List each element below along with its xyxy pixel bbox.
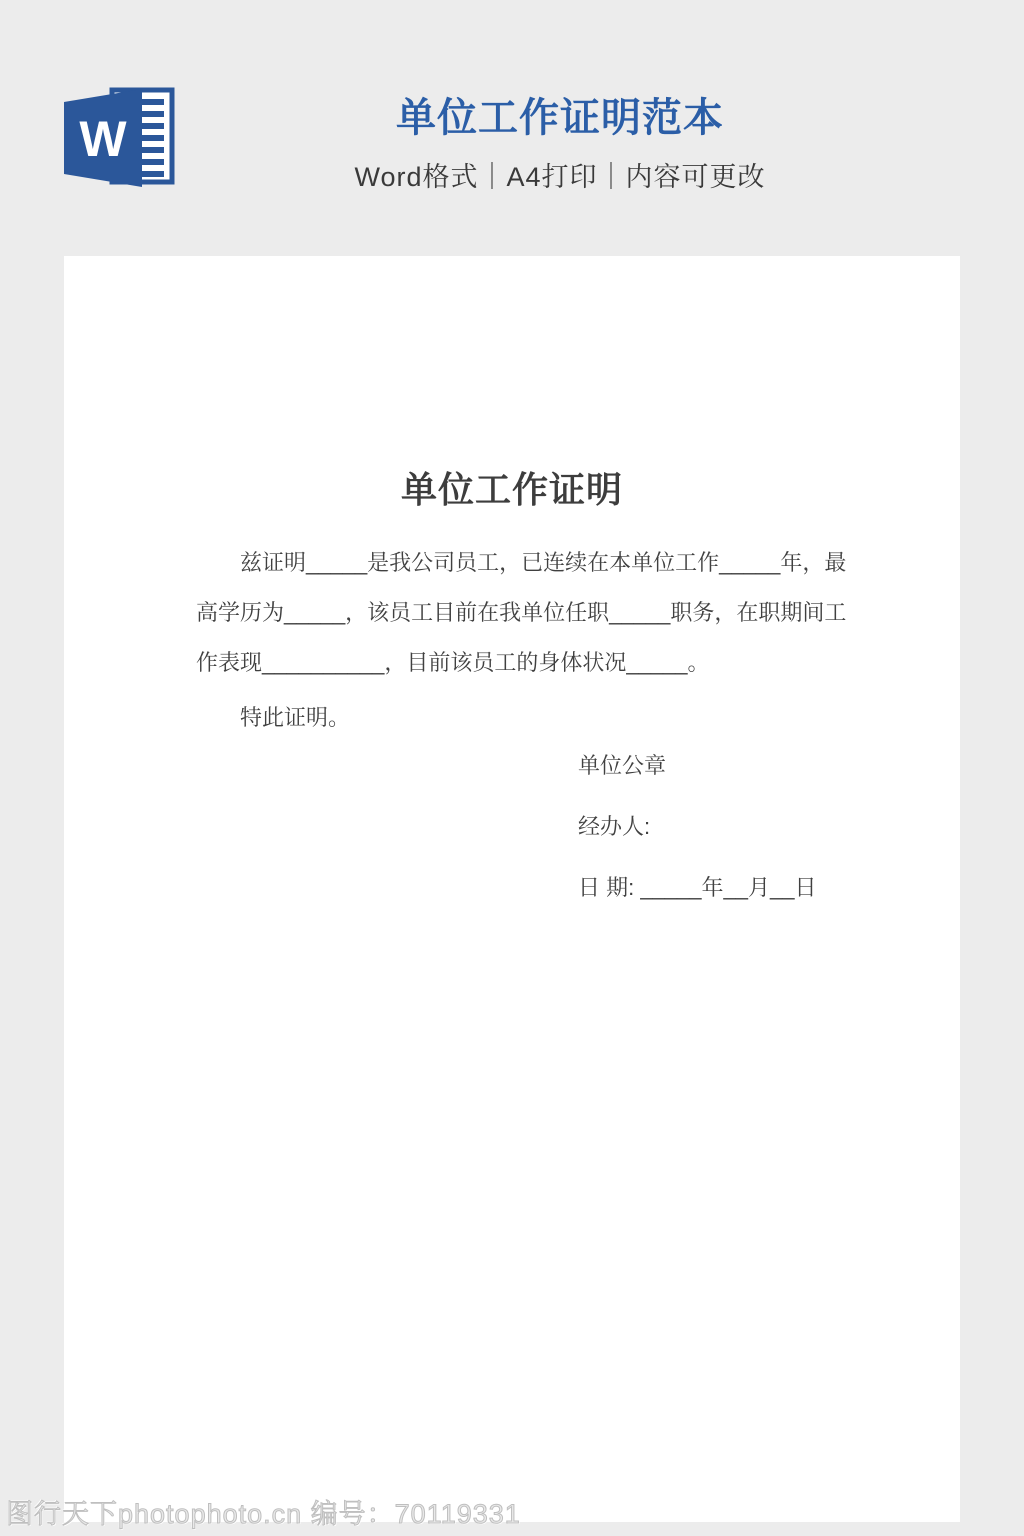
document-page: 单位工作证明 兹证明_____是我公司员工，已连续在本单位工作_____年，最 … — [64, 256, 960, 1522]
body-line: 高学历为_____，该员工目前在我单位任职_____职务，在职期间工 — [196, 588, 836, 638]
page-subtitle: Word格式｜A4打印｜内容可更改 — [96, 155, 1024, 194]
page-title: 单位工作证明范本 — [96, 94, 1024, 142]
signature-handler: 经办人: — [578, 813, 816, 841]
signature-block: 单位公章 经办人: 日 期: _____年__月__日 — [578, 752, 816, 935]
body-line: 兹证明_____是我公司员工，已连续在本单位工作_____年，最 — [196, 538, 836, 588]
watermark-text: 图行天下photophoto.cn 编号：70119331 — [6, 1492, 521, 1531]
document-body: 兹证明_____是我公司员工，已连续在本单位工作_____年，最 高学历为___… — [196, 538, 836, 688]
signature-seal: 单位公章 — [578, 752, 816, 780]
template-preview: W 单位工作证明范本 Word格式｜A4打印｜内容可更改 单位工作证明 兹证明_… — [0, 0, 1024, 1536]
document-title: 单位工作证明 — [64, 462, 960, 513]
signature-date: 日 期: _____年__月__日 — [578, 874, 816, 902]
body-line: 作表现__________，目前该员工的身体状况_____。 — [196, 638, 836, 688]
document-closing: 特此证明。 — [196, 693, 350, 743]
header-text: 单位工作证明范本 Word格式｜A4打印｜内容可更改 — [96, 94, 1024, 194]
